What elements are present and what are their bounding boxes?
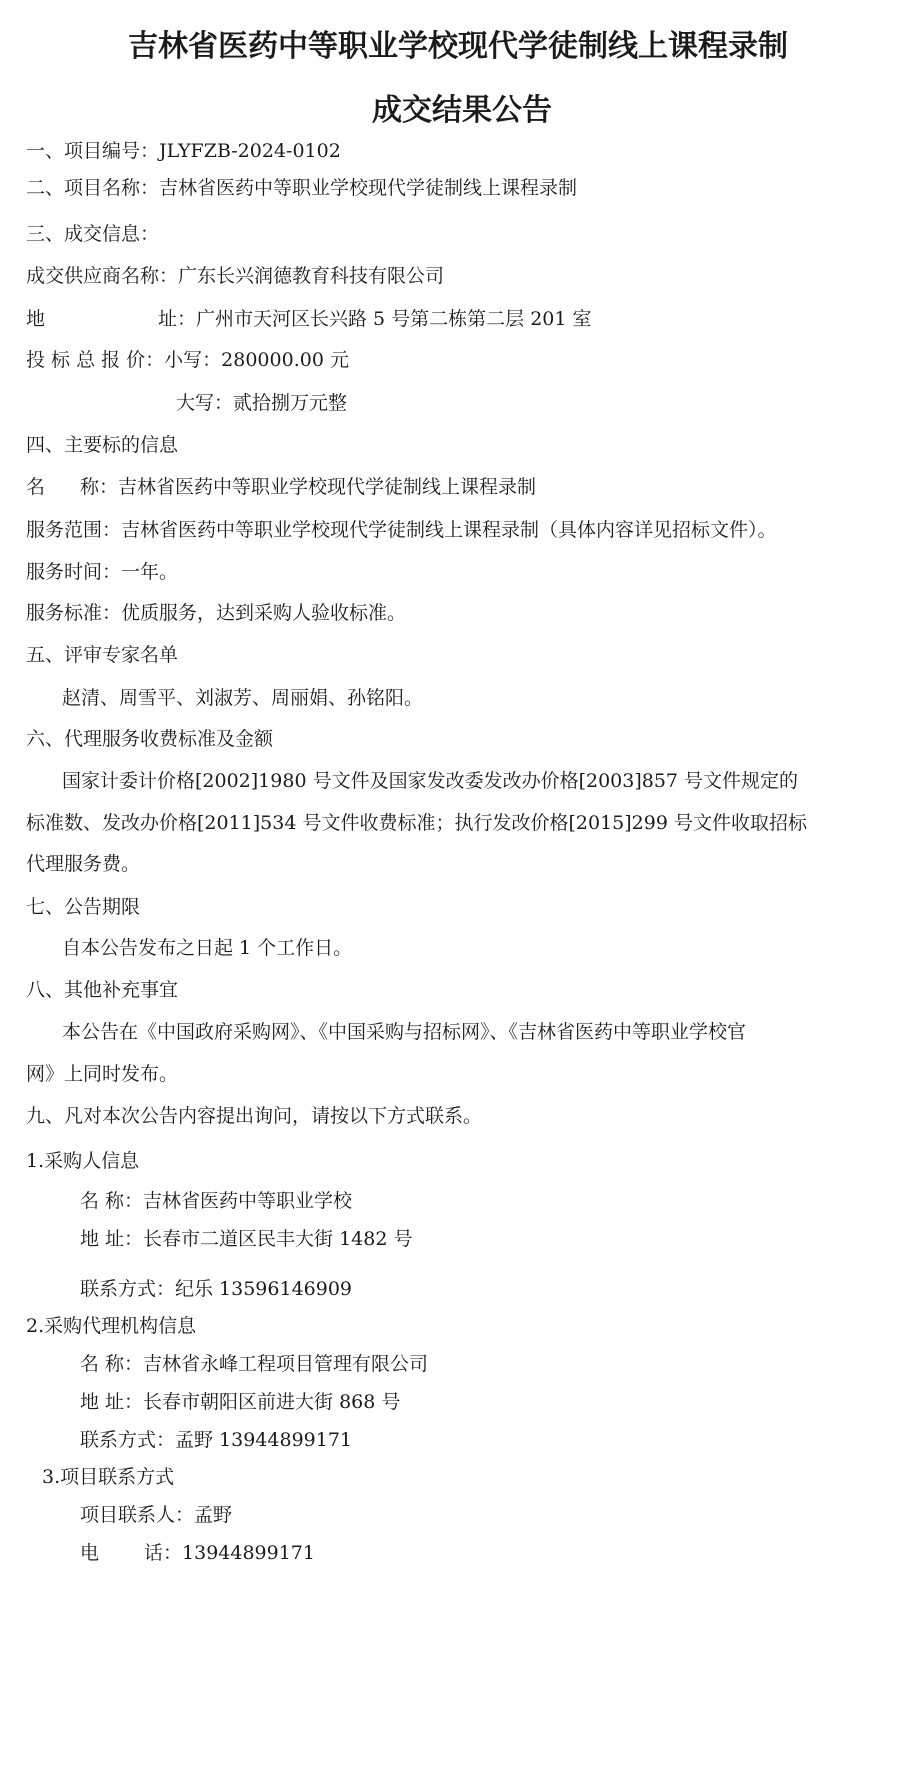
section-heading-experts: 五、评审专家名单	[26, 643, 178, 667]
name-label-b: 称：	[80, 476, 118, 498]
price-row: 投 标 总 报 价：小写：280000.00 元	[26, 348, 349, 372]
project-contact-person: 项目联系人：孟野	[80, 1503, 232, 1527]
agency-contact: 联系方式：孟野 13944899171	[80, 1428, 352, 1452]
project-contact-phone-row: 电话：13944899171	[80, 1541, 315, 1565]
purchaser-name: 名 称：吉林省医药中等职业学校	[80, 1189, 352, 1213]
service-scope: 服务范围：吉林省医药中等职业学校现代学徒制线上课程录制（具体内容详见招标文件）。	[26, 518, 777, 542]
phone-label-a: 电	[80, 1541, 144, 1565]
service-time: 服务时间：一年。	[26, 560, 178, 584]
address-label-b: 址：	[158, 308, 196, 330]
section-heading-period: 七、公告期限	[26, 895, 140, 919]
phone-value: 13944899171	[182, 1542, 315, 1564]
name-label-a: 名	[26, 475, 80, 499]
name-value: 吉林省医药中等职业学校现代学徒制线上课程录制	[118, 476, 536, 498]
supplier-value: 广东长兴润德教育科技有限公司	[178, 265, 444, 287]
fee-paragraph-line3: 代理服务费。	[26, 852, 140, 876]
service-standard: 服务标准：优质服务，达到采购人验收标准。	[26, 601, 406, 625]
address-value: 广州市天河区长兴路 5 号第二栋第二层 201 室	[196, 308, 592, 330]
agency-heading: 2.采购代理机构信息	[26, 1314, 196, 1338]
purchaser-heading: 1.采购人信息	[26, 1149, 139, 1173]
agency-address: 地 址：长春市朝阳区前进大街 868 号	[80, 1390, 400, 1414]
section-heading-fees: 六、代理服务收费标准及金额	[26, 727, 273, 751]
expert-list: 赵清、周雪平、刘淑芳、周丽娟、孙铭阳。	[62, 686, 423, 710]
subject-name-row: 名称：吉林省医药中等职业学校现代学徒制线上课程录制	[26, 475, 536, 499]
section-heading-other: 八、其他补充事宜	[26, 978, 178, 1002]
project-name: 二、项目名称：吉林省医药中等职业学校现代学徒制线上课程录制	[26, 176, 577, 200]
price-small: 小写：280000.00 元	[164, 349, 349, 371]
agency-name: 名 称：吉林省永峰工程项目管理有限公司	[80, 1352, 428, 1376]
announcement-period: 自本公告发布之日起 1 个工作日。	[62, 936, 352, 960]
purchaser-address: 地 址：长春市二道区民丰大街 1482 号	[80, 1227, 412, 1251]
phone-label-b: 话：	[144, 1542, 182, 1564]
price-label: 投 标 总 报 价：	[26, 349, 164, 371]
supplier-address-row: 地址：广州市天河区长兴路 5 号第二栋第二层 201 室	[26, 307, 592, 331]
document-subtitle: 成交结果公告	[372, 92, 552, 130]
project-contact-heading: 3.项目联系方式	[42, 1465, 174, 1489]
section-heading-deal-info: 三、成交信息：	[26, 222, 159, 246]
supplier-label: 成交供应商名称：	[26, 265, 178, 287]
section-heading-subject: 四、主要标的信息	[26, 433, 178, 457]
address-label-a: 地	[26, 307, 158, 331]
supplier-row: 成交供应商名称：广东长兴润德教育科技有限公司	[26, 264, 444, 288]
other-paragraph-line1: 本公告在《中国政府采购网》、《中国采购与招标网》、《吉林省医药中等职业学校官	[62, 1020, 746, 1044]
section-heading-contact: 九、凡对本次公告内容提出询问，请按以下方式联系。	[26, 1104, 482, 1128]
price-big: 大写：贰拾捌万元整	[176, 391, 347, 415]
project-number: 一、项目编号：JLYFZB-2024-0102	[26, 139, 341, 163]
purchaser-contact: 联系方式：纪乐 13596146909	[80, 1277, 352, 1301]
other-paragraph-line2: 网》上同时发布。	[26, 1062, 178, 1086]
fee-paragraph-line1: 国家计委计价格[2002]1980 号文件及国家发改委发改办价格[2003]85…	[62, 769, 798, 793]
fee-paragraph-line2: 标准数、发改办价格[2011]534 号文件收费标准；执行发改价格[2015]2…	[26, 811, 807, 835]
document-title: 吉林省医药中等职业学校现代学徒制线上课程录制	[128, 28, 788, 66]
